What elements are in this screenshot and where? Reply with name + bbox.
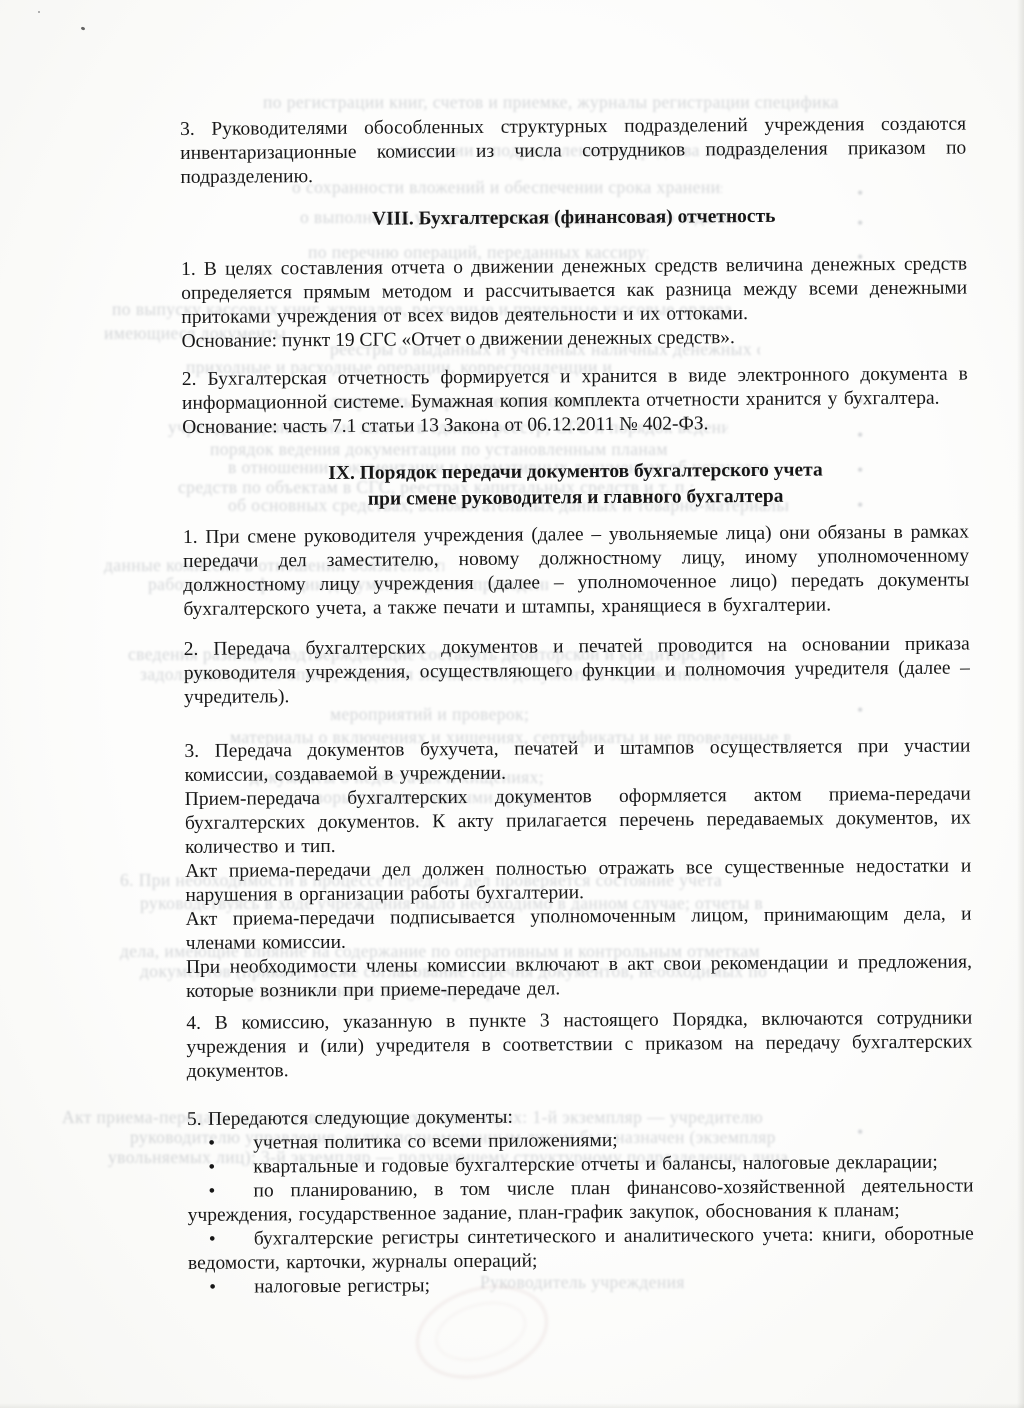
bleed-through-line: по регистрации книг, счетов и приемке, ж… (263, 92, 1008, 112)
section-ix-heading: IX. Порядок передачи документов бухгалте… (182, 457, 968, 514)
paragraph-handover-order: 2. Передача бухгалтерских документов и п… (184, 633, 970, 710)
paragraph-electronic-reporting-text: 2. Бухгалтерская отчетность формируется … (182, 363, 968, 416)
list-item-registers: •бухгалтерские регистры синтетического и… (188, 1222, 974, 1275)
handover-act-line: Прием-передача бухгалтерских документов … (185, 782, 971, 859)
list-item-text: квартальные и годовые бухгалтерские отче… (253, 1152, 938, 1178)
stamp-imprint-inner (429, 1293, 532, 1370)
list-item-text: учетная политика со всеми приложениями; (253, 1130, 618, 1154)
handover-act-signing-line: Акт приема-передачи подписывается уполно… (186, 902, 972, 955)
paragraph-inventory-commissions: 3. Руководителями обособленных структурн… (180, 113, 966, 190)
paragraph-handover-duty: 1. При смене руководителя учреждения (да… (183, 521, 970, 622)
paragraph-electronic-reporting: 2. Бухгалтерская отчетность формируется … (182, 363, 968, 440)
bullet-icon: • (208, 1156, 215, 1180)
paragraph-commission-members: 4. В комиссию, указанную в пункте 3 наст… (186, 1006, 972, 1083)
scan-speck (38, 11, 40, 13)
document-scan-page: по регистрации книг, счетов и приемке, ж… (0, 0, 1024, 1408)
bullet-icon: • (208, 1132, 215, 1156)
section-viii-heading: VIII. Бухгалтерская (финансовая) отчетно… (181, 203, 967, 234)
paragraph-cash-flow: 1. В целях составления отчета о движении… (181, 253, 968, 354)
list-item-text: бухгалтерские регистры синтетического и … (188, 1223, 974, 1273)
list-item-text: по планированию, в том числе план финанс… (188, 1175, 974, 1225)
handover-recommendations-line: При необходимости члены комиссии включаю… (186, 950, 972, 1003)
handover-act-defects-line: Акт приема-передачи дел должен полностью… (185, 854, 971, 907)
bullet-icon: • (209, 1276, 216, 1300)
list-item-text: налоговые регистры; (254, 1275, 430, 1297)
basis-line-law-402fz: Основание: часть 7.1 статьи 13 Закона от… (182, 411, 968, 440)
handover-commission-line: 3. Передача документов бухучета, печатей… (184, 734, 970, 787)
basis-line-sgs-19: Основание: пункт 19 СГС «Отчет о движени… (181, 325, 967, 354)
bullet-icon: • (208, 1180, 215, 1204)
bullet-icon: • (209, 1228, 216, 1252)
document-body: 3. Руководителями обособленных структурн… (180, 113, 974, 1300)
paragraph-handover-commission: 3. Передача документов бухучета, печатей… (184, 734, 972, 1003)
scan-edge-shadow (0, 1403, 1024, 1408)
scan-edge-shadow (1017, 0, 1024, 1408)
paragraph-cash-flow-text: 1. В целях составления отчета о движении… (181, 253, 967, 330)
list-item-planning: •по планированию, в том числе план финан… (187, 1174, 973, 1227)
section-ix-heading-line2: при смене руководителя и главного бухгал… (183, 483, 969, 514)
